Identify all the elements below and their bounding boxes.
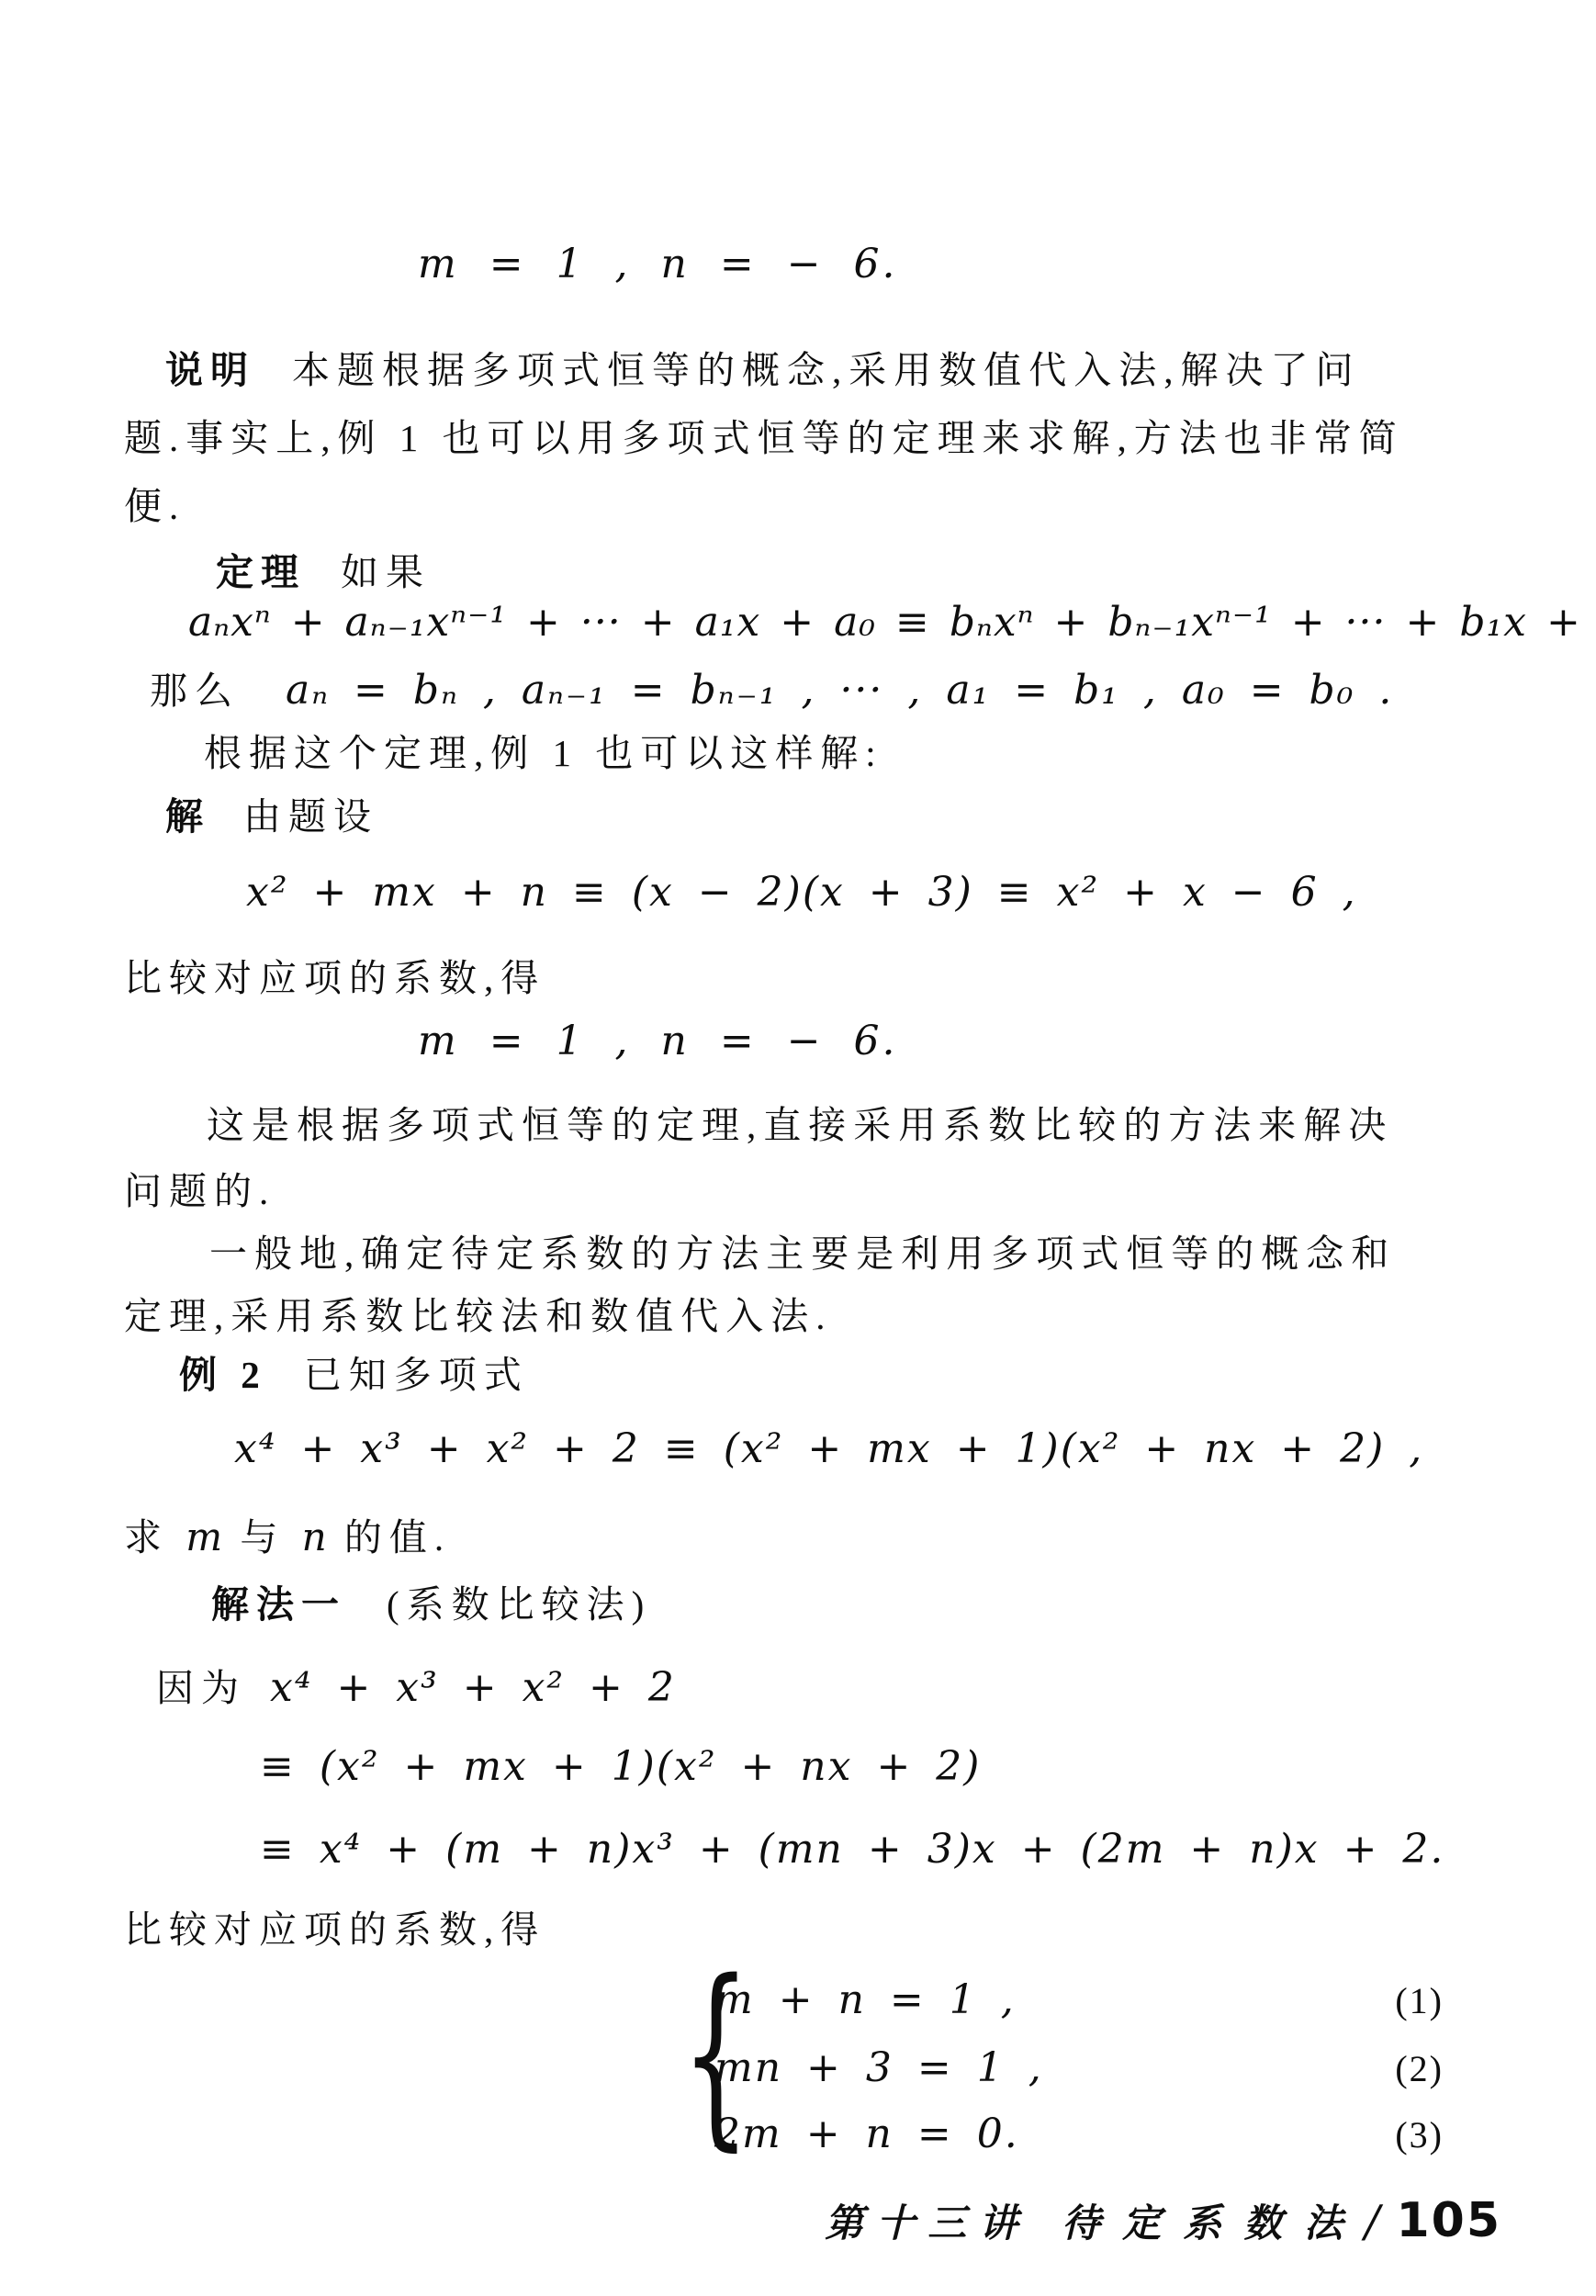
jiefa-label: 解法一	[211, 1583, 346, 1626]
system-eq-1-number: (1)	[1395, 1979, 1444, 2022]
equation-expand-step2: ≡ x⁴ + (m + n)x³ + (mn + 3)x + (2m + n)x…	[260, 1826, 1444, 1874]
paragraph-qiu: 求 m 与 n 的值.	[124, 1514, 451, 1562]
paragraph-yiban-line2: 定理,采用系数比较法和数值代入法.	[124, 1293, 833, 1340]
because-line: 因为x⁴ + x³ + x² + 2	[156, 1664, 676, 1713]
shuoming-line1-text: 本题根据多项式恒等的概念,采用数值代入法,解决了问	[292, 349, 1361, 391]
equation-identity-x4: x⁴ + x³ + x² + 2 ≡ (x² + mx + 1)(x² + nx…	[234, 1425, 1423, 1474]
system-eq-3: 2m + n = 0.	[714, 2110, 1019, 2159]
footer-section-title: 待定系数法	[1062, 2203, 1365, 2245]
equation-because-poly: x⁴ + x³ + x² + 2	[270, 1664, 676, 1711]
system-row-3: 2m + n = 0. (3)	[714, 2110, 1444, 2159]
page-footer: 第十三讲待定系数法/105	[124, 2193, 1501, 2248]
example2-heading: 例 2已知多项式	[179, 1352, 529, 1399]
name-label: 那么	[150, 670, 240, 712]
paragraph-bijiao-2: 比较对应项的系数,得	[124, 1907, 545, 1953]
yinwei-label: 因为	[156, 1667, 246, 1709]
system-eq-1: m + n = 1 ,	[714, 1976, 1016, 2025]
qiu-var-n: n	[302, 1514, 328, 1559]
paragraph-zheshi-line1: 这是根据多项式恒等的定理,直接采用系数比较的方法来解决	[207, 1102, 1393, 1149]
paragraph-yiban-line1: 一般地,确定待定系数的方法主要是利用多项式恒等的概念和	[209, 1231, 1396, 1277]
qiu-text-2: 与	[223, 1516, 302, 1559]
paragraph-bijiao-1: 比较对应项的系数,得	[124, 955, 545, 1002]
system-eq-2: mn + 3 = 1 ,	[714, 2044, 1043, 2093]
paragraph-zheshi-line2: 问题的.	[124, 1168, 275, 1215]
paragraph-shuoming-line3: 便.	[124, 483, 185, 530]
jie-label: 解	[165, 795, 210, 838]
jie-text: 由题设	[243, 795, 378, 838]
li2-label: 例 2	[179, 1354, 267, 1396]
theorem-conclusion-line: 那么aₙ = bₙ , aₙ₋₁ = bₙ₋₁ , ··· , a₁ = b₁ …	[150, 667, 1393, 715]
shuoming-label: 说明	[165, 349, 255, 391]
equation-mn-result-top: m = 1 , n = − 6.	[418, 241, 898, 289]
equation-theorem-conclusion: aₙ = bₙ , aₙ₋₁ = bₙ₋₁ , ··· , a₁ = b₁ , …	[286, 667, 1393, 714]
system-row-2: mn + 3 = 1 , (2)	[714, 2044, 1444, 2093]
footer-chapter: 第十三讲	[825, 2203, 1030, 2245]
paragraph-shuoming-line2: 题.事实上,例 1 也可以用多项式恒等的定理来求解,方法也非常简	[124, 415, 1404, 462]
system-row-1: m + n = 1 , (1)	[714, 1976, 1444, 2025]
footer-separator: /	[1365, 2196, 1381, 2247]
qiu-var-m: m	[185, 1514, 223, 1559]
equation-identity-x2: x² + mx + n ≡ (x − 2)(x + 3) ≡ x² + x − …	[246, 869, 1357, 917]
paragraph-shuoming-line1: 说明本题根据多项式恒等的概念,采用数值代入法,解决了问	[165, 347, 1361, 394]
equation-mn-result-mid: m = 1 , n = − 6.	[418, 1018, 898, 1066]
dingli-label: 定理	[216, 551, 306, 593]
book-page: m = 1 , n = − 6. 说明本题根据多项式恒等的概念,采用数值代入法,…	[0, 0, 1596, 2296]
paragraph-genju: 根据这个定理,例 1 也可以这样解:	[204, 730, 883, 777]
qiu-text-3: 的值.	[328, 1516, 452, 1559]
solution-heading: 解由题设	[165, 793, 378, 840]
method1-heading: 解法一(系数比较法)	[211, 1581, 651, 1628]
jiefa-text: (系数比较法)	[387, 1583, 651, 1626]
equation-theorem-identity: aₙxⁿ + aₙ₋₁xⁿ⁻¹ + ··· + a₁x + a₀ ≡ bₙxⁿ …	[188, 599, 1596, 647]
dingli-text: 如果	[341, 551, 431, 593]
system-eq-2-number: (2)	[1395, 2047, 1444, 2090]
footer-page-number: 105	[1396, 2193, 1501, 2248]
theorem-heading: 定理如果	[216, 549, 431, 596]
system-eq-3-number: (3)	[1395, 2113, 1444, 2156]
qiu-text-1: 求	[124, 1516, 185, 1559]
equation-expand-step1: ≡ (x² + mx + 1)(x² + nx + 2)	[260, 1743, 981, 1792]
li2-text: 已知多项式	[304, 1354, 529, 1396]
